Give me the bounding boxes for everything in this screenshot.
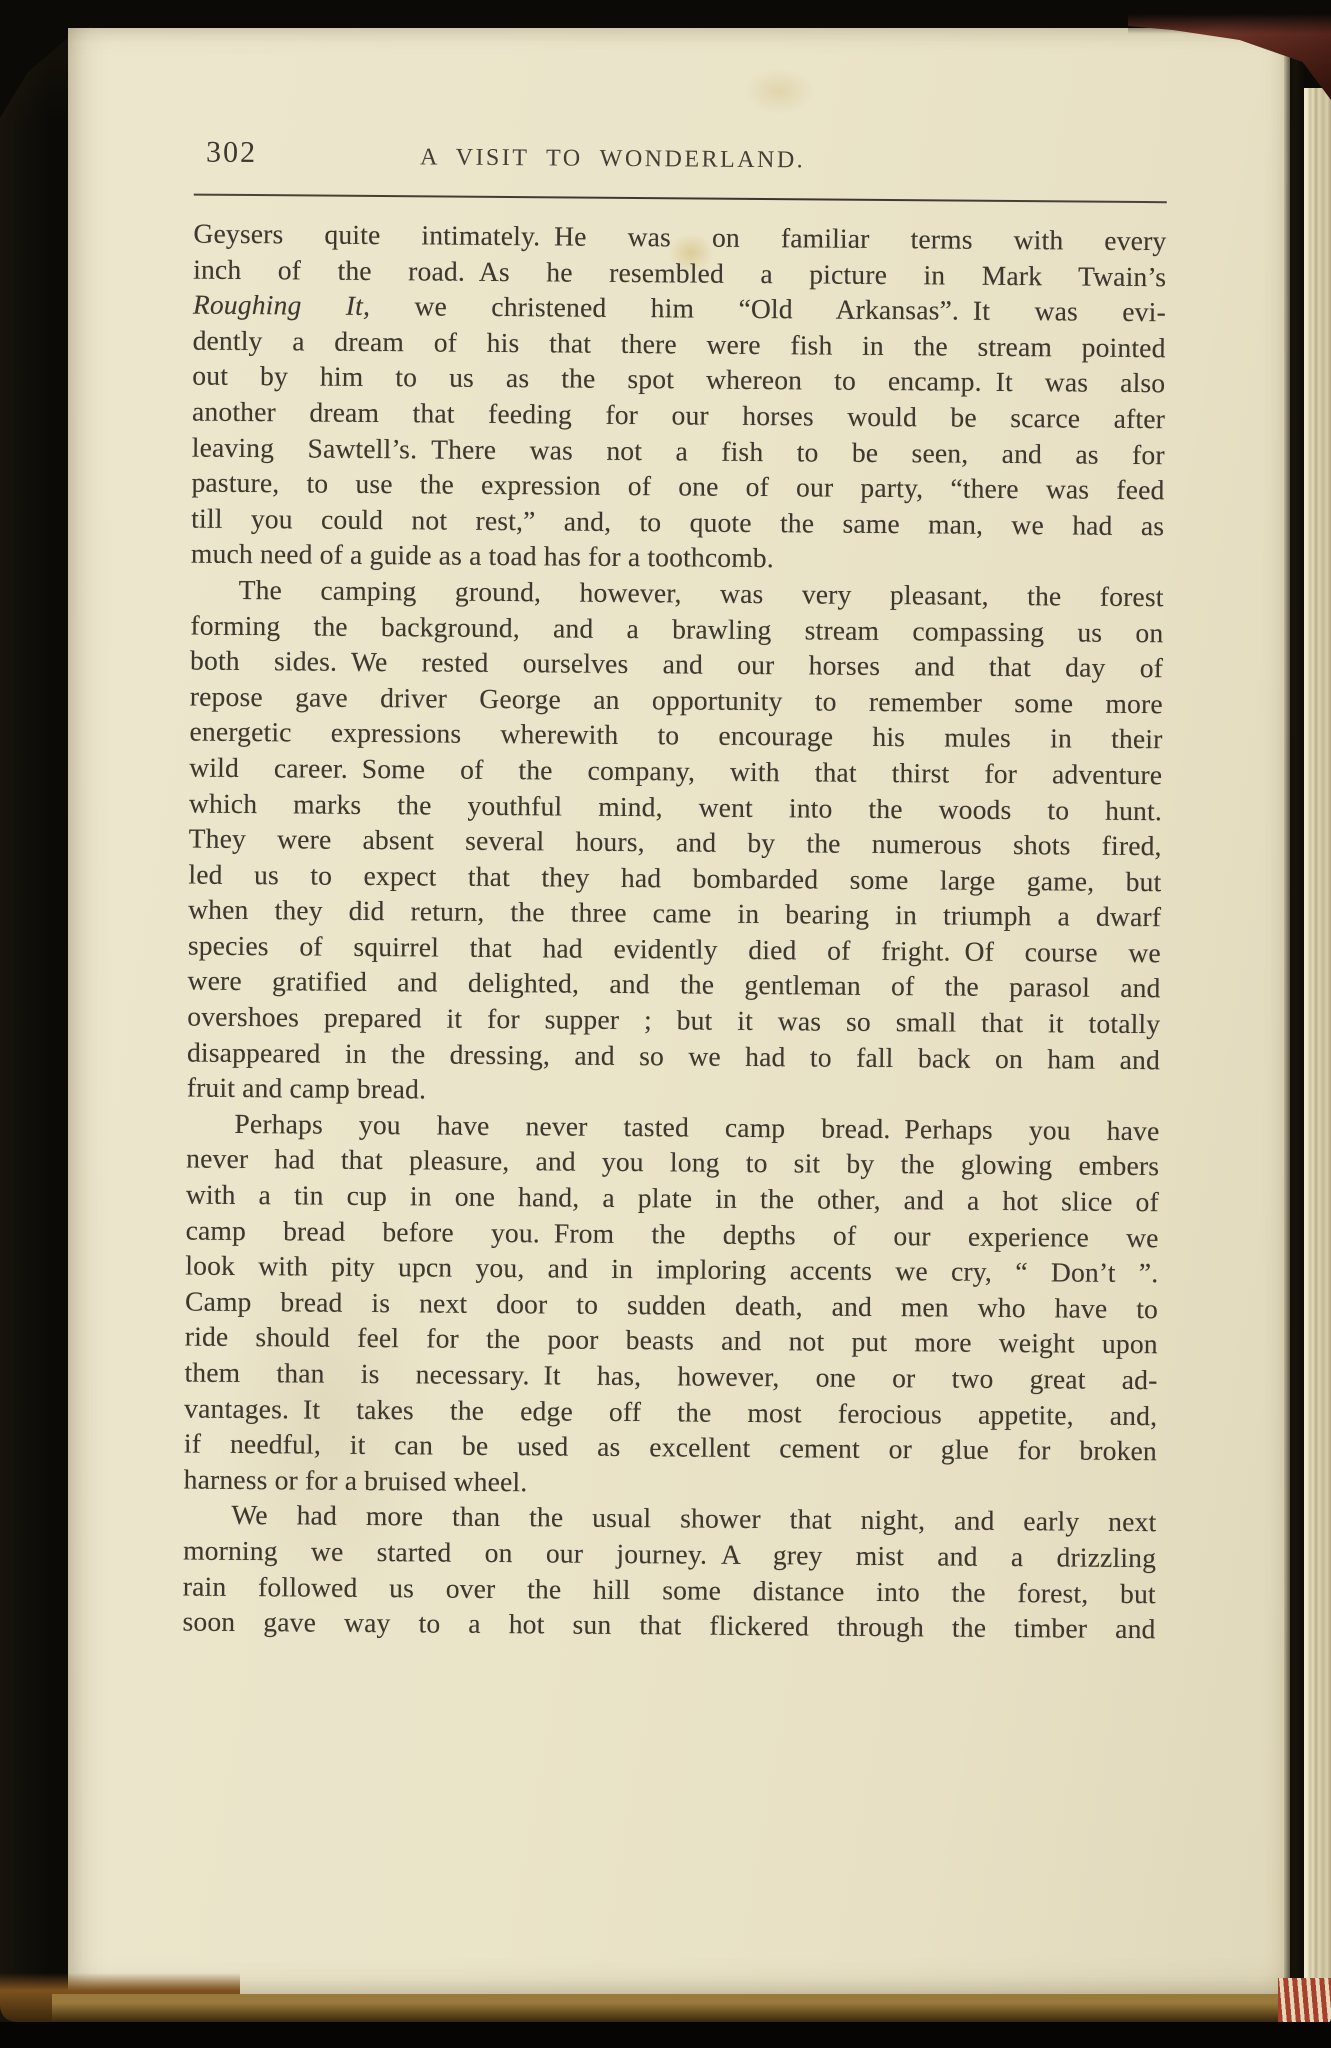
page-edge-shadow	[1284, 30, 1304, 1995]
text-segment: They were absent several hours, and by t…	[189, 823, 1162, 862]
text-segment: vantages. It takes the edge off the most…	[184, 1392, 1157, 1431]
text-segment: dently a dream of his that there were fi…	[193, 324, 1166, 363]
text-segment: which marks the youthful mind, went into…	[189, 787, 1162, 826]
text-segment: out by him to us as the spot whereon to …	[192, 360, 1165, 399]
text-segment: harness or for a bruised wheel.	[184, 1463, 528, 1497]
book-page: 302 A VISIT TO WONDERLAND. Geysers quite…	[68, 28, 1290, 1994]
text-segment: pasture, to use the expression of one of…	[191, 467, 1164, 506]
fore-edge-pages	[1304, 88, 1331, 1988]
headband-stripes	[1278, 1978, 1331, 2024]
text-segment: if needful, it can be used as excellent …	[184, 1428, 1157, 1467]
header-rule	[194, 194, 1167, 204]
text-segment: them than is necessary. It has, however,…	[184, 1357, 1157, 1396]
text-segment: inch of the road. As he resembled a pict…	[193, 253, 1166, 292]
text-segment: Perhaps you have never tasted camp bread…	[234, 1108, 1159, 1146]
text-segment: species of squirrel that had evidently d…	[188, 929, 1161, 968]
text-line: soon gave way to a hot sun that flickere…	[182, 1604, 1155, 1647]
text-segment: till you could not rest,” and, to quote …	[191, 502, 1164, 541]
text-segment: we christened him “Old Arkansas”. It was…	[370, 290, 1166, 327]
text-segment: morning we started on our journey. A gre…	[183, 1535, 1156, 1574]
text-segment: energetic expressions wherewith to encou…	[189, 716, 1162, 755]
text-segment: camp bread before you. From the depths o…	[186, 1214, 1159, 1253]
text-segment: repose gave driver George an opportunity…	[190, 680, 1163, 719]
body-text: Geysers quite intimately. He was on fami…	[182, 216, 1166, 1647]
text-segment: when they did return, the three came in …	[188, 894, 1161, 933]
text-segment: both sides. We rested ourselves and our …	[190, 645, 1163, 684]
text-segment: rain followed us over the hill some dist…	[183, 1570, 1156, 1609]
text-segment: overshoes prepared it for supper ; but i…	[187, 1001, 1160, 1040]
text-segment: look with pity upcn you, and in implorin…	[185, 1250, 1158, 1289]
text-segment: never had that pleasure, and you long to…	[186, 1143, 1159, 1182]
book-cover-bottom-edge	[52, 1994, 1292, 2024]
running-title: A VISIT TO WONDERLAND.	[420, 144, 805, 174]
text-segment: disappeared in the dressing, and so we h…	[187, 1036, 1160, 1075]
text-segment: another dream that feeding for our horse…	[192, 396, 1165, 435]
page-number: 302	[206, 136, 257, 170]
text-segment: leaving Sawtell’s. There was not a fish …	[192, 431, 1165, 470]
text-segment: wild career. Some of the company, with t…	[189, 751, 1162, 790]
text-segment: ride should feel for the poor beasts and…	[185, 1321, 1158, 1360]
book-cover-corner-shadow	[1128, 0, 1331, 34]
text-segment: Geysers quite intimately. He was on fami…	[193, 218, 1166, 257]
text-segment: forming the background, and a brawling s…	[190, 609, 1163, 648]
italic-text: Roughing It,	[193, 289, 370, 321]
text-segment: led us to expect that they had bombarded…	[188, 858, 1161, 897]
background	[0, 2022, 1331, 2048]
text-segment: We had more than the usual shower that n…	[231, 1499, 1156, 1537]
page-content: 302 A VISIT TO WONDERLAND. Geysers quite…	[54, 27, 1291, 2003]
text-segment: The camping ground, however, was very pl…	[239, 574, 1164, 612]
text-segment: soon gave way to a hot sun that flickere…	[182, 1606, 1155, 1645]
text-segment: Camp bread is next door to sudden death,…	[185, 1285, 1158, 1324]
text-segment: were gratified and delighted, and the ge…	[187, 965, 1160, 1004]
book-photo: 302 A VISIT TO WONDERLAND. Geysers quite…	[0, 0, 1331, 2048]
text-segment: much need of a guide as a toad has for a…	[191, 538, 774, 574]
text-segment: with a tin cup in one hand, a plate in t…	[186, 1179, 1159, 1218]
text-segment: fruit and camp bread.	[187, 1072, 427, 1105]
